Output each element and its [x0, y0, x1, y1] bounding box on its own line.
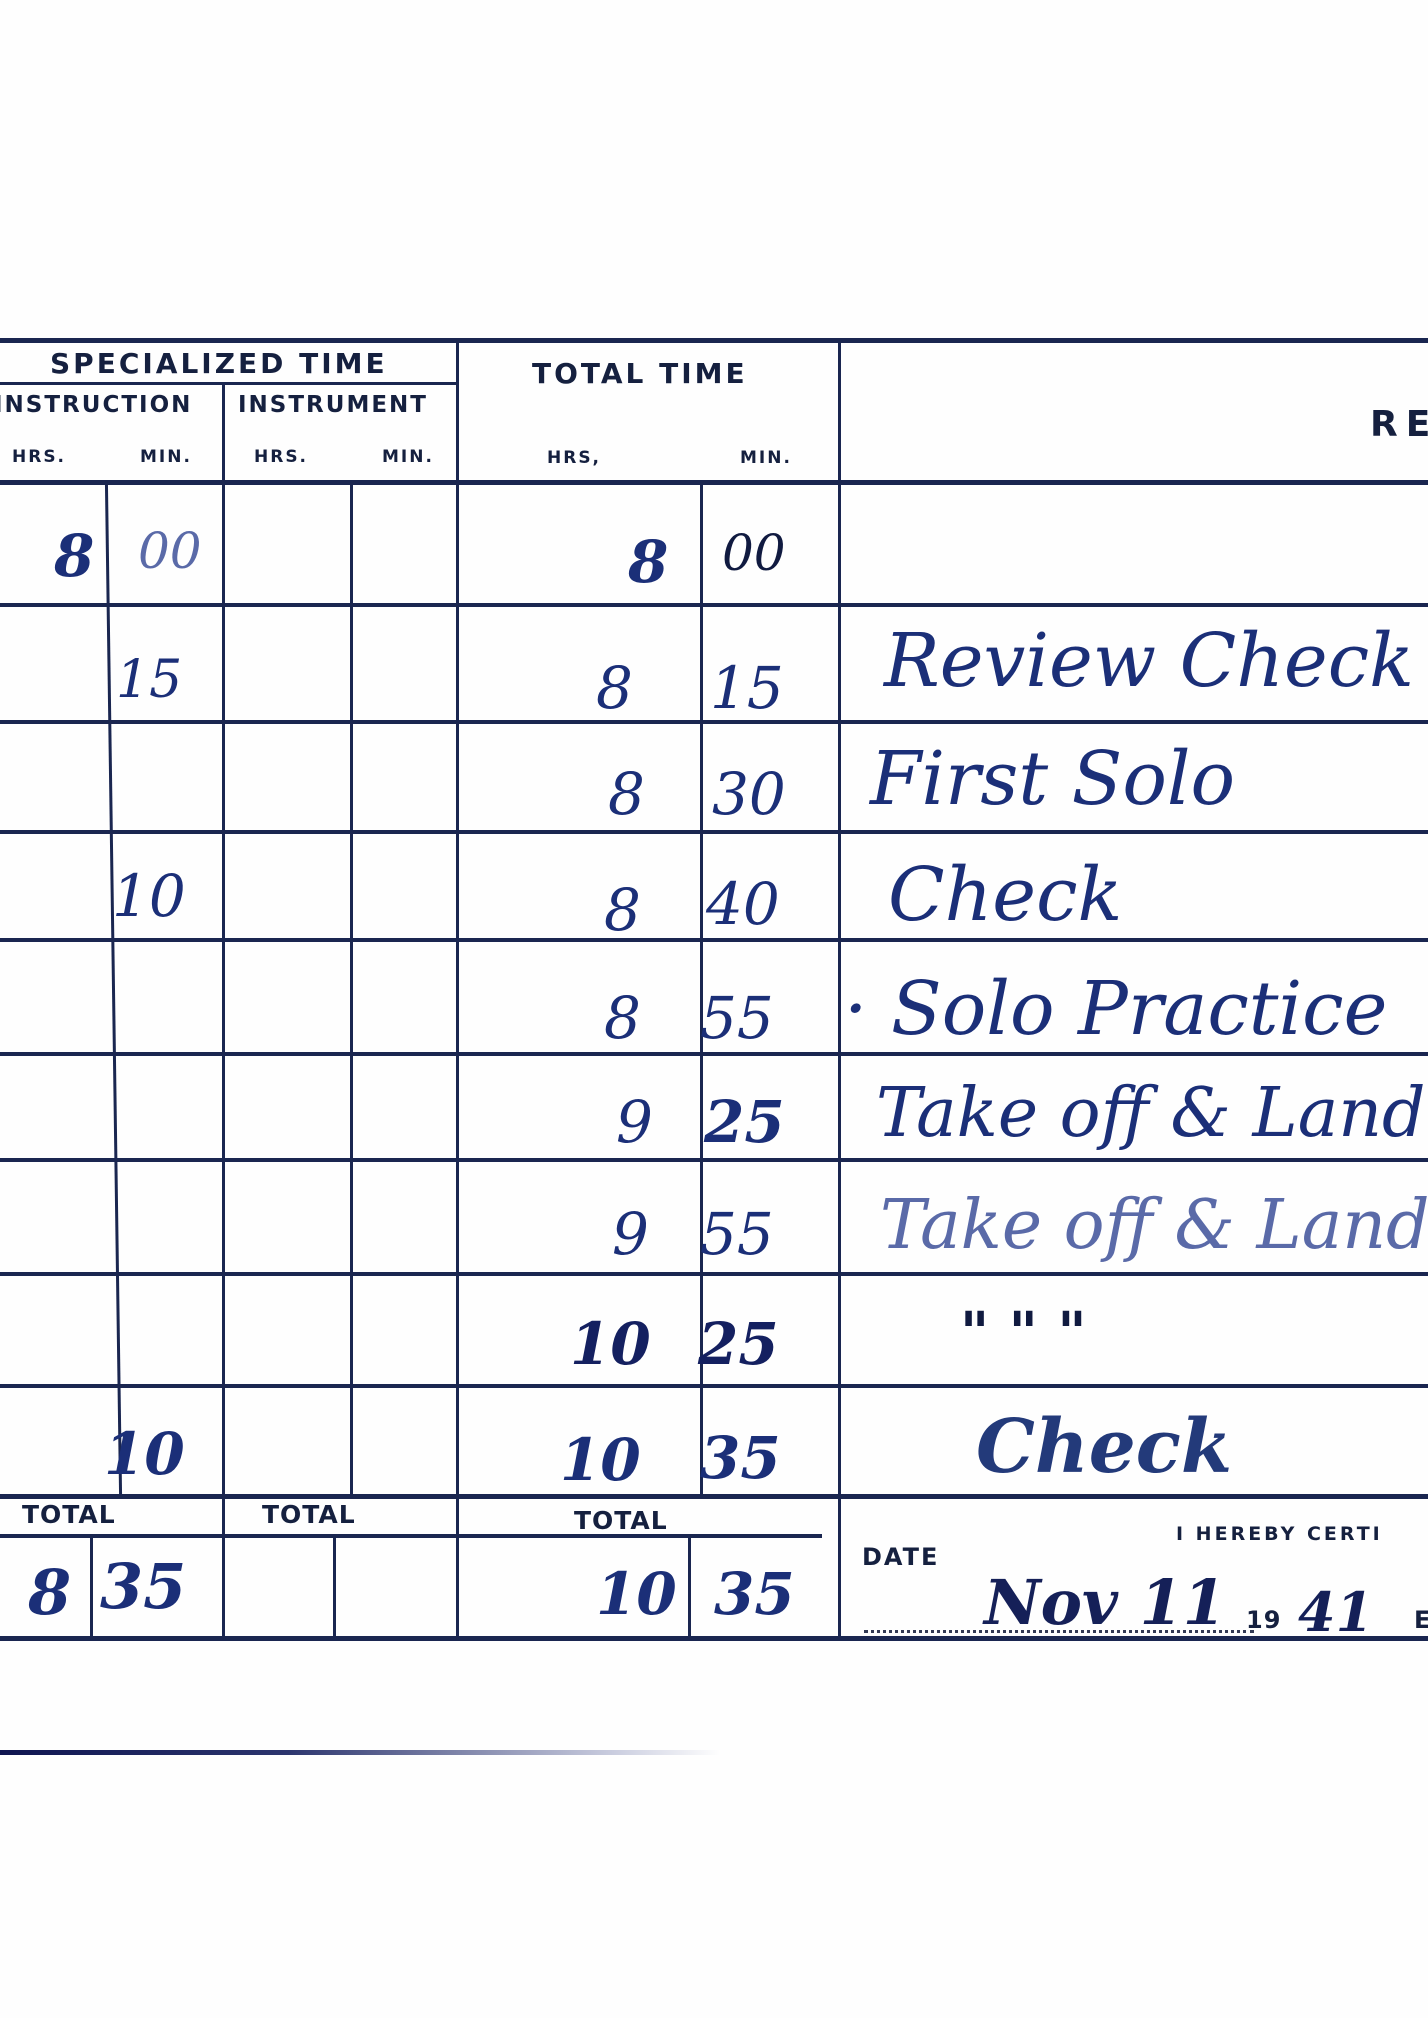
row1-instruction-hrs: 8 [54, 522, 94, 590]
faded-page-edge-line [0, 1750, 720, 1755]
remarks-heading-partial: RE [1370, 404, 1428, 445]
row3-total-hrs: 8 [608, 760, 645, 828]
instruction-total-hrs: 8 [28, 1556, 71, 1629]
col-rule-instr-hrs-min [105, 482, 122, 1496]
totals-header-top-rule [0, 1494, 1428, 1499]
row3-total-min: 30 [712, 760, 786, 828]
specialized-time-heading: SPECIALIZED TIME [50, 347, 388, 380]
instruction-heading: INSTRUCTION [0, 392, 192, 418]
row4-instruction-min: 10 [112, 862, 186, 930]
row-rule-5 [0, 1052, 1428, 1056]
row4-total-min: 40 [706, 870, 780, 938]
row1-instruction-min: 00 [138, 522, 202, 580]
totals-rule-instr [90, 1536, 93, 1638]
row7-total-min: 55 [700, 1200, 774, 1268]
logbook-page: SPECIALIZED TIME INSTRUCTION INSTRUMENT … [0, 0, 1428, 2018]
col-rule-total-remarks [838, 338, 841, 1638]
totals-rule-inst [333, 1536, 336, 1638]
col-rule-instruction-instrument [222, 385, 225, 1638]
row4-total-hrs: 8 [604, 876, 641, 944]
row5-total-min: 55 [700, 984, 774, 1052]
instruction-hrs-label: HRS. [12, 447, 66, 467]
row9-remarks: Check [976, 1404, 1232, 1490]
instrument-min-label: MIN. [382, 447, 434, 467]
totals-rule-total [688, 1536, 691, 1638]
row6-total-hrs: 9 [616, 1088, 653, 1156]
instrument-total-label: TOTAL [262, 1500, 356, 1529]
row7-remarks: Take off & Landings [880, 1186, 1428, 1265]
row9-total-min: 35 [700, 1424, 781, 1492]
date-handwritten: Nov 11 [984, 1566, 1226, 1639]
row5-total-hrs: 8 [604, 984, 641, 1052]
trailing-print-char: E [1414, 1606, 1428, 1634]
row3-remarks: First Solo [870, 736, 1235, 822]
date-label: DATE [862, 1543, 939, 1571]
total-time-total-label: TOTAL [574, 1506, 668, 1535]
col-rule-specialized-total [456, 338, 459, 1638]
totals-header-bottom-rule [0, 1534, 822, 1538]
top-border [0, 338, 1428, 343]
year-prefix: 19 [1246, 1606, 1281, 1634]
row-rule-7 [0, 1272, 1428, 1276]
row8-ditto-marks: " " " [960, 1300, 1087, 1366]
instruction-total-label: TOTAL [22, 1500, 116, 1529]
instruction-total-min: 35 [100, 1550, 186, 1623]
row6-total-min: 25 [704, 1088, 785, 1156]
row1-total-min: 00 [722, 524, 786, 582]
row9-instruction-min: 10 [104, 1420, 185, 1488]
year-suffix: 41 [1298, 1580, 1373, 1644]
row2-total-min: 15 [710, 654, 784, 722]
row5-remarks: · Solo Practice [844, 966, 1387, 1052]
row2-remarks: Review Check [884, 618, 1414, 704]
row-rule-1 [0, 603, 1428, 607]
total-time-heading: TOTAL TIME [532, 357, 748, 390]
specialized-subheader-rule [0, 382, 458, 385]
instrument-hrs-label: HRS. [254, 447, 308, 467]
total-hrs-label: HRS, [547, 448, 601, 468]
row6-remarks: Take off & Landings [876, 1074, 1428, 1153]
row-rule-4 [0, 938, 1428, 942]
instrument-heading: INSTRUMENT [238, 392, 428, 418]
row2-instruction-min: 15 [116, 650, 182, 710]
certify-text: I HEREBY CERTI [1176, 1523, 1383, 1545]
row7-total-hrs: 9 [612, 1200, 649, 1268]
total-time-total-min: 35 [714, 1560, 795, 1628]
header-bottom-rule [0, 480, 1428, 485]
row4-remarks: Check [888, 852, 1122, 938]
total-time-total-hrs: 10 [596, 1560, 677, 1628]
col-rule-inst-hrs-min [350, 482, 353, 1496]
row1-total-hrs: 8 [628, 528, 668, 596]
row-rule-3 [0, 830, 1428, 834]
row-rule-8 [0, 1384, 1428, 1388]
instruction-min-label: MIN. [140, 447, 192, 467]
row9-total-hrs: 10 [560, 1426, 641, 1494]
total-min-label: MIN. [740, 448, 792, 468]
row8-total-hrs: 10 [570, 1310, 651, 1378]
row-rule-6 [0, 1158, 1428, 1162]
row8-total-min: 25 [698, 1310, 779, 1378]
row2-total-hrs: 8 [596, 654, 633, 722]
